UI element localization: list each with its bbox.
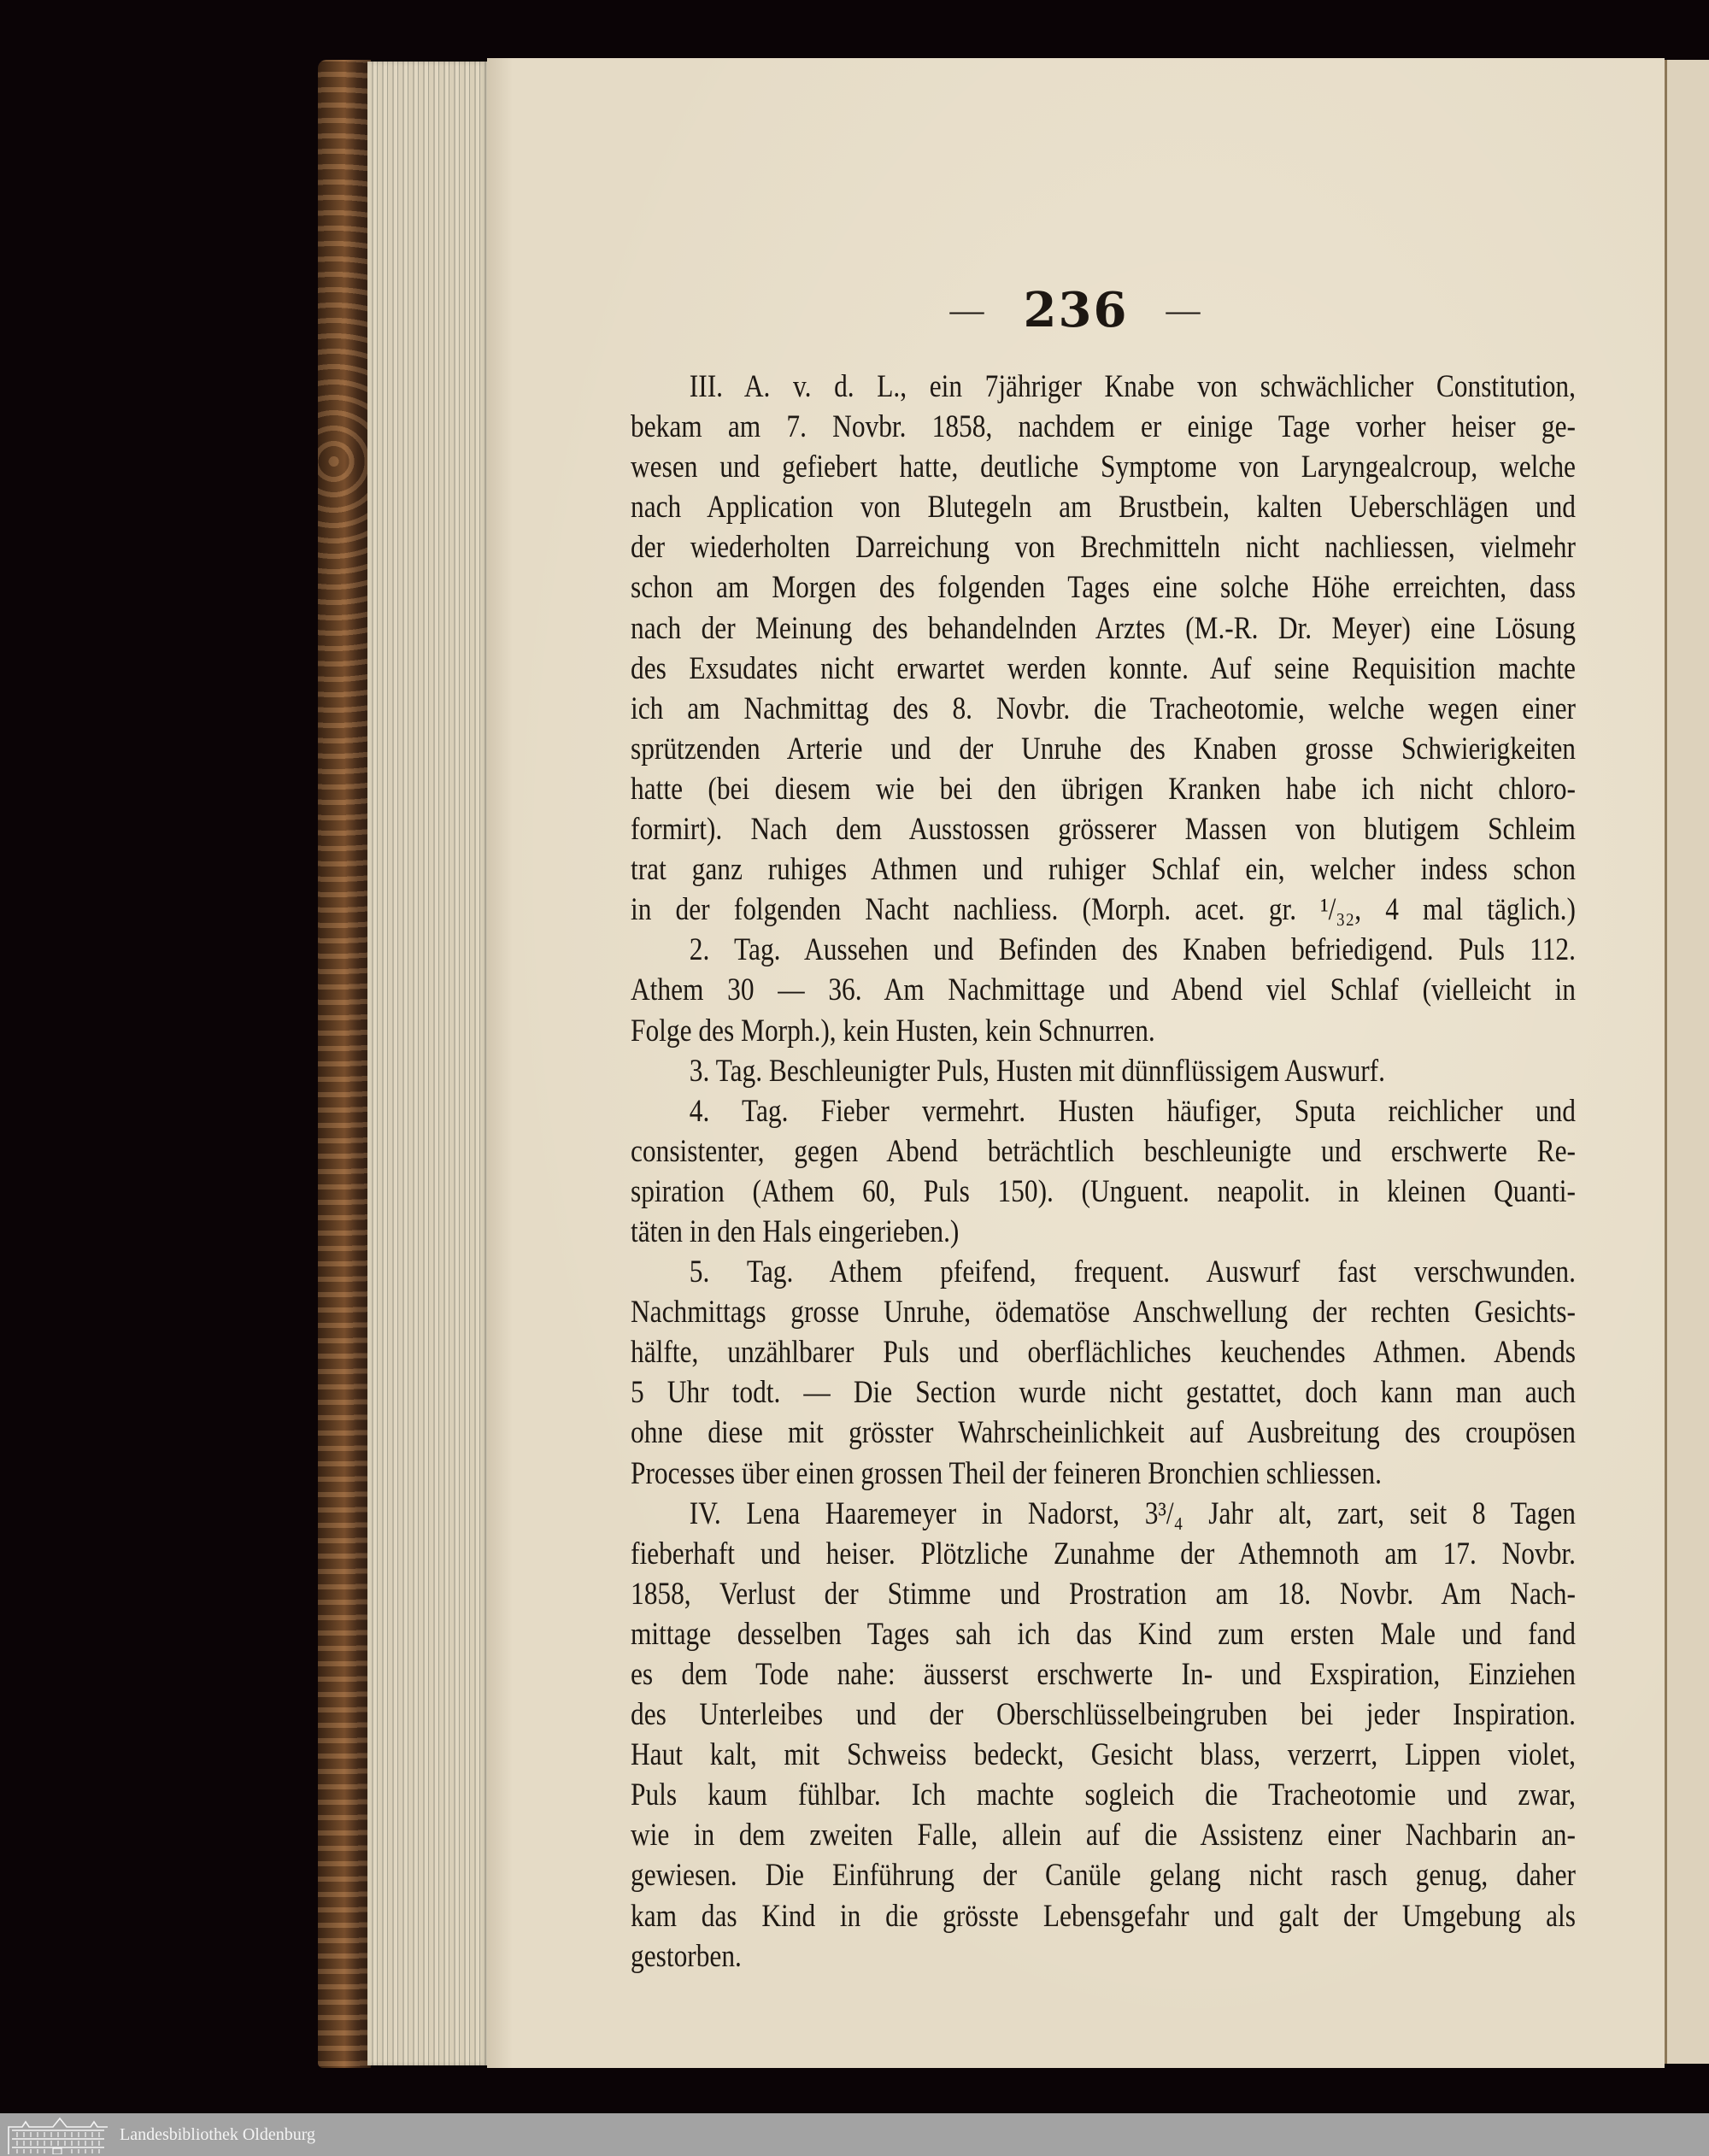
text-line: wesen und gefiebert hatte, deutliche Sym… bbox=[631, 446, 1576, 486]
text-line: ohne diese mit grösster Wahrscheinlichke… bbox=[631, 1412, 1576, 1452]
text-line: gewiesen. Die Einführung der Canüle gela… bbox=[631, 1854, 1576, 1895]
text-line: Athem 30 — 36. Am Nachmittage und Abend … bbox=[631, 969, 1576, 1009]
text-line: ich am Nachmittag des 8. Novbr. die Trac… bbox=[631, 688, 1576, 728]
text-line: sprützenden Arterie und der Unruhe des K… bbox=[631, 728, 1576, 768]
facing-page-edge bbox=[1665, 60, 1709, 2064]
text-line: spiration (Athem 60, Puls 150). (Unguent… bbox=[631, 1171, 1576, 1211]
library-name: Landesbibliothek Oldenburg bbox=[120, 2125, 315, 2145]
text-line: III. A. v. d. L., ein 7jähriger Knabe vo… bbox=[631, 366, 1576, 406]
text-line: trat ganz ruhiges Athmen und ruhiger Sch… bbox=[631, 849, 1576, 889]
text-line: gestorben. bbox=[631, 1936, 1576, 1976]
page-header: —236— bbox=[487, 282, 1665, 338]
library-building-icon bbox=[7, 2115, 108, 2154]
text-line: schon am Morgen des folgenden Tages eine… bbox=[631, 567, 1576, 607]
text-line: kam das Kind in die grösste Lebensgefahr… bbox=[631, 1895, 1576, 1936]
text-line: hatte (bei diesem wie bei den übrigen Kr… bbox=[631, 768, 1576, 808]
text-line: 2. Tag. Aussehen und Befinden des Knaben… bbox=[631, 929, 1576, 969]
text-line: des Exsudates nicht erwartet werden konn… bbox=[631, 648, 1576, 688]
text-line: 1858, Verlust der Stimme und Prostration… bbox=[631, 1573, 1576, 1613]
folio-dash-right: — bbox=[1166, 291, 1201, 329]
book-cover-spine bbox=[318, 60, 371, 2068]
text-line: des Unterleibes und der Oberschlüsselbei… bbox=[631, 1694, 1576, 1734]
text-line: Nachmittags grosse Unruhe, ödematöse Ans… bbox=[631, 1291, 1576, 1331]
text-line: mittage desselben Tages sah ich das Kind… bbox=[631, 1613, 1576, 1654]
text-line: Folge des Morph.), kein Husten, kein Sch… bbox=[631, 1010, 1576, 1050]
text-line: der wiederholten Darreichung von Brechmi… bbox=[631, 526, 1576, 567]
text-line: täten in den Hals eingerieben.) bbox=[631, 1211, 1576, 1251]
text-line: 3. Tag. Beschleunigter Puls, Husten mit … bbox=[631, 1050, 1576, 1090]
text-line: 4. Tag. Fieber vermehrt. Husten häufiger… bbox=[631, 1090, 1576, 1131]
page-edges bbox=[367, 62, 489, 2065]
text-line: formirt). Nach dem Ausstossen grösserer … bbox=[631, 808, 1576, 849]
library-footer: Landesbibliothek Oldenburg bbox=[0, 2113, 1709, 2156]
text-line: hälfte, unzählbarer Puls und oberflächli… bbox=[631, 1331, 1576, 1372]
text-line: consistenter, gegen Abend beträchtlich b… bbox=[631, 1131, 1576, 1171]
body-text: III. A. v. d. L., ein 7jähriger Knabe vo… bbox=[631, 366, 1576, 1976]
text-line: fieberhaft und heiser. Plötzliche Zunahm… bbox=[631, 1533, 1576, 1573]
text-line: nach Application von Blutegeln am Brustb… bbox=[631, 486, 1576, 526]
text-line: es dem Tode nahe: äusserst erschwerte In… bbox=[631, 1654, 1576, 1694]
text-line: 5 Uhr todt. — Die Section wurde nicht ge… bbox=[631, 1372, 1576, 1412]
text-line: wie in dem zweiten Falle, allein auf die… bbox=[631, 1814, 1576, 1854]
text-line: Haut kalt, mit Schweiss bedeckt, Gesicht… bbox=[631, 1734, 1576, 1774]
text-line: 5. Tag. Athem pfeifend, frequent. Auswur… bbox=[631, 1251, 1576, 1291]
book-page: —236— III. A. v. d. L., ein 7jähriger Kn… bbox=[487, 58, 1665, 2068]
page-number: 236 bbox=[1024, 282, 1129, 338]
folio-dash-left: — bbox=[950, 291, 986, 329]
text-line: bekam am 7. Novbr. 1858, nachdem er eini… bbox=[631, 406, 1576, 446]
text-line: IV. Lena Haaremeyer in Nadorst, 3³/₄ Jah… bbox=[631, 1493, 1576, 1533]
text-line: in der folgenden Nacht nachliess. (Morph… bbox=[631, 889, 1576, 929]
text-line: nach der Meinung des behandelnden Arztes… bbox=[631, 608, 1576, 648]
text-line: Processes über einen grossen Theil der f… bbox=[631, 1453, 1576, 1493]
text-line: Puls kaum fühlbar. Ich machte sogleich d… bbox=[631, 1774, 1576, 1814]
